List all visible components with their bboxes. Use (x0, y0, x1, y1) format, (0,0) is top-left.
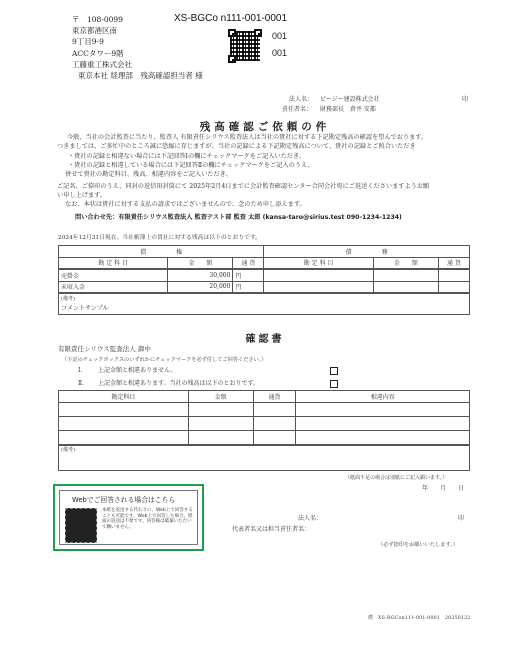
column-header: 金 額 (168, 257, 233, 269)
input-cell[interactable] (188, 416, 253, 430)
input-cell[interactable] (188, 402, 253, 416)
receivable-header: 債 権 (59, 246, 264, 258)
column-header: 通 貨 (438, 257, 469, 269)
payable-header: 債 務 (264, 246, 470, 258)
currency-cell: 円 (233, 269, 264, 281)
input-cell[interactable] (188, 430, 253, 445)
address-line: ACCタワー9階 (72, 48, 203, 59)
address-line: 9丁目9-9 (72, 36, 203, 47)
web-reply-text: 本紙を返送する代わりに、Web上で回答することも可能です。Web上で回答した場合… (102, 508, 194, 530)
option-2-checkbox[interactable] (330, 380, 338, 388)
web-reply-inner: Webでご回答される場合はこちら 本紙を返送する代わりに、Web上で回答すること… (59, 490, 198, 545)
table-row[interactable] (59, 416, 470, 430)
confirmation-instruction: （下記のチェックボックスのいずれかにチェックマークを必ず付してご回答ください。） (62, 356, 482, 365)
confirmation-seal: 印 (458, 514, 464, 523)
option-label: 上記金額と相違あります。当社の残高は以下のとおりです。 (98, 379, 518, 388)
confirmation-addressee: 有限責任シリウス監査法人 御中 (58, 345, 478, 354)
qr-label: 001 (272, 31, 287, 41)
input-cell[interactable] (253, 430, 296, 445)
sender-officer-label: 責任者名： (282, 104, 312, 113)
empty-cell (373, 281, 438, 293)
empty-cell (373, 269, 438, 281)
recipient-department: 東京本社 経理部 残高確認担当者 様 (72, 70, 203, 81)
recipient-company: 工藤重工株式会社 (72, 59, 203, 70)
input-cell[interactable] (59, 416, 189, 430)
sender-company: ビージー建設株式会社 (320, 94, 380, 103)
remarks-text: コメントサンプル (61, 304, 467, 314)
seal-note: （必ず捺印をお願いいたします。） (378, 541, 458, 550)
body-paragraph: 今般、当社の会計監査に当たり、監査人 有限責任シリウス監査法人は当社の貴社に対す… (67, 133, 487, 142)
input-cell[interactable] (296, 430, 470, 445)
amount-cell: 20,000 (168, 281, 233, 293)
column-header: 通貨 (253, 391, 296, 403)
balance-table: 債 権 債 務 勘 定 科 目 金 額 通 貨 勘 定 科 目 金 額 通 貨 … (58, 245, 470, 315)
sender-seal: 印 (462, 94, 468, 103)
document-code: XS-BGCo n111-001-0001 (174, 13, 287, 24)
request-title: 残高確認ご依頼の件 (0, 119, 530, 134)
web-reply-title: Webでご回答される場合はこちら (72, 494, 175, 504)
table-row: 未収入金 20,000 円 (59, 281, 470, 293)
footer-code: 償 XS-BGCon111-001-0001 20250122 (368, 614, 470, 621)
column-header: 勘 定 科 目 (264, 257, 373, 269)
input-cell[interactable] (296, 402, 470, 416)
address-line: 東京都港区南 (72, 25, 203, 36)
empty-cell (264, 269, 373, 281)
amount-cell: 30,000 (168, 269, 233, 281)
body-paragraph: 併せて貴社の勘定科目、残高、相違内容をご記入いただき、 (65, 170, 485, 179)
input-cell[interactable] (59, 430, 189, 445)
sender-company-label: 法人名： (289, 94, 313, 103)
empty-cell (438, 281, 469, 293)
input-cell[interactable] (253, 416, 296, 430)
remarks-cell: (備考) コメントサンプル (59, 293, 470, 315)
company-label: 法人名： (298, 514, 322, 523)
discrepancy-table: 勘定科目 金額 通貨 相違内容 (備考) (58, 390, 470, 471)
confirmation-title: 確認書 (0, 330, 530, 345)
column-header: 金額 (188, 391, 253, 403)
contact-info: 問い合わせ先：有限責任シリウス監査法人 監査テスト部 監査 太郎 (kansa-… (75, 212, 402, 221)
option-label: 上記金額と相違ありません。 (98, 366, 518, 375)
overflow-note: （紙面不足の場合は別紙にご記入願います。） (345, 474, 447, 483)
column-header: 相違内容 (296, 391, 470, 403)
table-row[interactable] (59, 430, 470, 445)
qr-label: 001 (272, 48, 287, 58)
table-row[interactable] (59, 402, 470, 416)
column-header: 通 貨 (233, 257, 264, 269)
table-row: 売掛金 30,000 円 (59, 269, 470, 281)
remarks-cell[interactable]: (備考) (59, 445, 470, 471)
body-paragraph: ご記名、ご捺印のうえ、同封の返信用封筒にて 2025年2月4日までに会計監査確認… (57, 182, 477, 191)
body-paragraph: つきましては、ご多忙中のところ誠に恐縮に存じますが、当社の記録による下記勘定残高… (57, 142, 477, 151)
body-paragraph: なお、本状は貴社に対する支払の請求ではございませんので、念のため申し添えます。 (65, 200, 485, 209)
option-1-checkbox[interactable] (330, 367, 338, 375)
account-cell: 未収入金 (59, 281, 168, 293)
remarks-label: (備考) (61, 294, 467, 304)
body-bullet: ・貴社の記録と相違している場合には下記回答Ⅱの欄にチェックマークをご記入のうえ、 (68, 161, 488, 170)
body-bullet: ・貴社の記録と相違ない場合には下記回答Ⅰの欄にチェックマークをご記入いただき、 (68, 152, 488, 161)
input-cell[interactable] (253, 402, 296, 416)
column-header: 金 額 (373, 257, 438, 269)
account-cell: 売掛金 (59, 269, 168, 281)
empty-cell (264, 281, 373, 293)
empty-cell (438, 269, 469, 281)
body-paragraph: い申し上げます。 (57, 191, 477, 200)
input-cell[interactable] (296, 416, 470, 430)
column-header: 勘定科目 (59, 391, 189, 403)
sender-officer: 財務部長 倉井 安都 (320, 104, 376, 113)
web-qr-code-icon[interactable] (65, 508, 97, 543)
web-reply-box[interactable]: Webでご回答される場合はこちら 本紙を返送する代わりに、Web上で回答すること… (53, 484, 204, 551)
column-header: 勘 定 科 目 (59, 257, 168, 269)
qr-code-icon (228, 29, 262, 63)
recipient-address: 〒 108-0099 東京都港区南 9丁目9-9 ACCタワー9階 工藤重工株式… (72, 14, 203, 81)
input-cell[interactable] (59, 402, 189, 416)
currency-cell: 円 (233, 281, 264, 293)
balance-intro: 2024年12月31日現在、当社帳簿上の貴社に対する残高は以下のとおりです。 (58, 234, 478, 243)
representative-label: 代表者名又は担当責任者名： (232, 525, 310, 534)
date-line: 年 月 日 (422, 484, 464, 493)
